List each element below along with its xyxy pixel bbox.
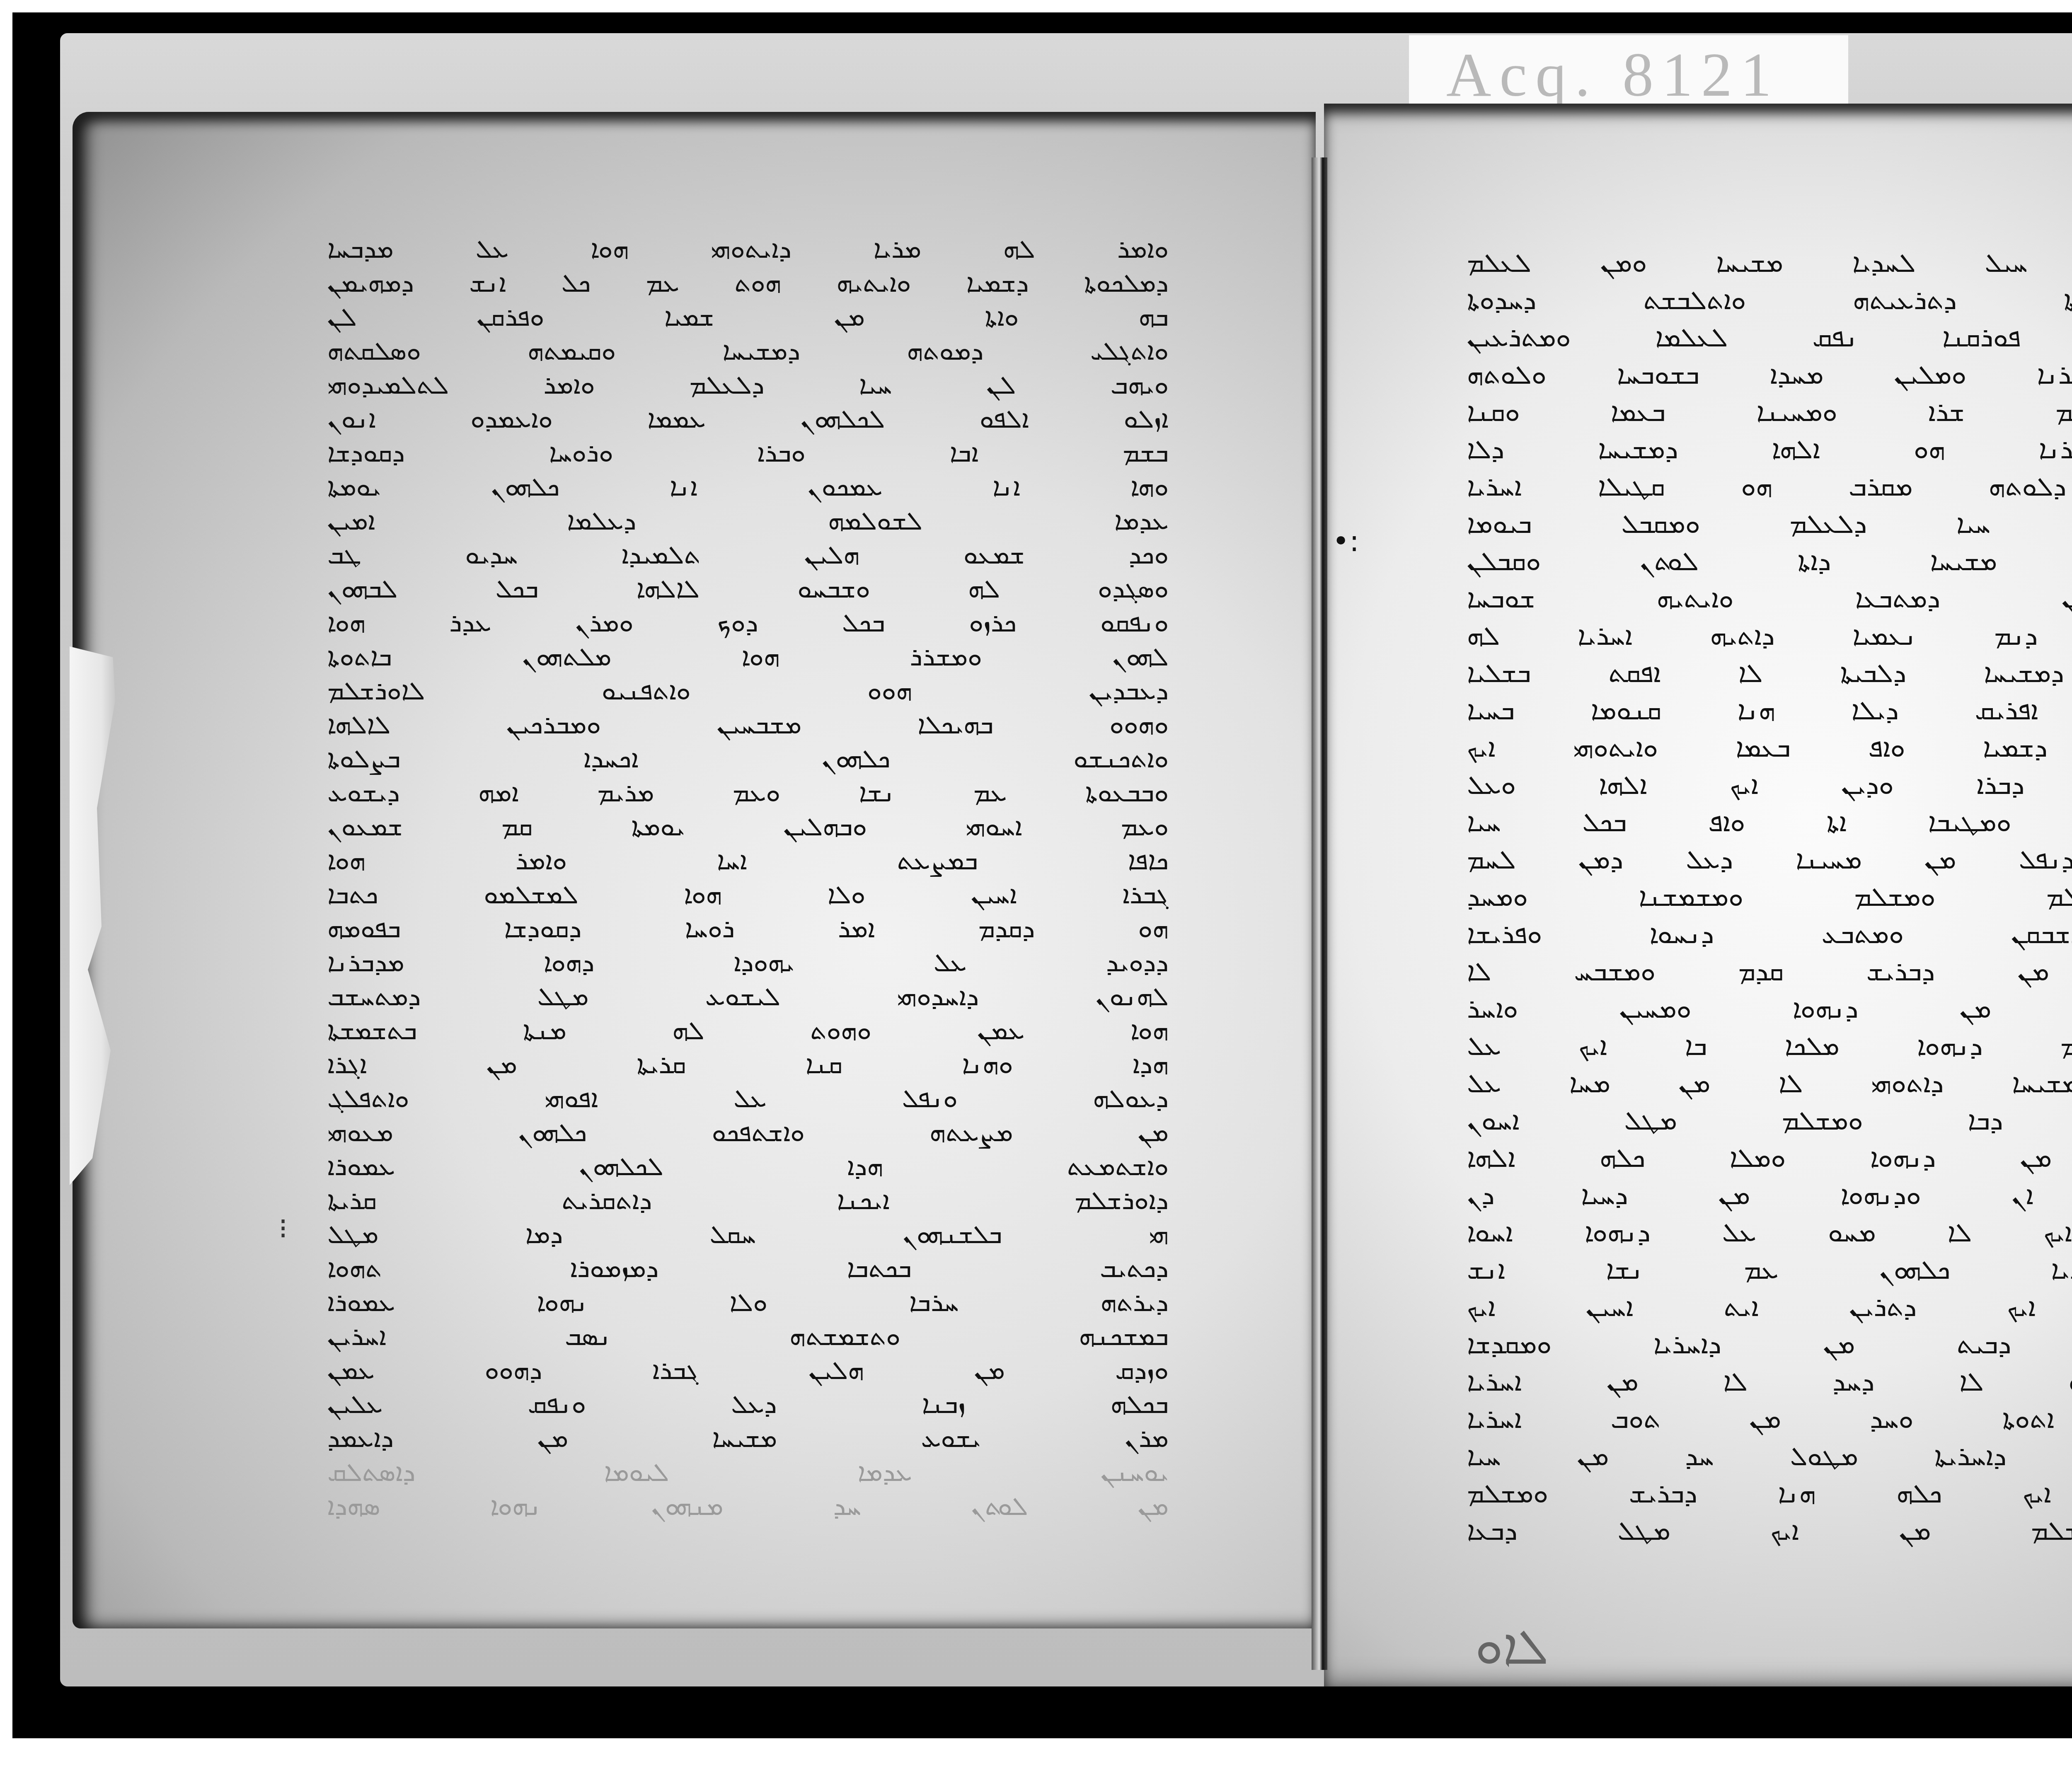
manuscript-line: ܗܕܐ ܘܗܢܐ ܩܢܐ ܩܪܝܬܐ ܡܢ ܐܓܪܐ (327, 1048, 1169, 1081)
manuscript-line: ܫܠܡ ܠܚܕܘܬܐ ܕܬܪܥܝܬܗ ܘܐܬܠܒܫܬ ܕܚܕܘܬܐ (1467, 282, 2072, 319)
manuscript-line: ܠܐ ܐܠܐ ܐܚܪܢܐ ܘܡܠܝܢ ܡܚܕܐ ܒܫܘܒܚܐ ܘܠܘܬܗ (1467, 356, 2072, 394)
manuscript-line: ܘܐܬܓܠܝ ܕܡܘܬܗ ܕܡܫܝܚܐ ܘܩܝܡܬܗ ܘܣܠܩܬܗ (327, 334, 1169, 368)
manuscript-line: ܘܐܬܟܢܫܘ ܟܠܗܘܢ ܐܟܚܕܐ ܒܨܠܘܬܐ (327, 742, 1169, 776)
manuscript-line: ܘܐܢܫܐ ܕܢܫܠܡ ܘܡܫܠܡ ܘܡܫܡܫܢܐ ܘܡܚܕ (1467, 878, 2072, 916)
manuscript-line: ܕܡܠܟܘܬܐ ܕܫܡܝܐ ܘܐܝܬܝܗ ܗܘܬ ܥܡ ܟܠ ܐܢܫ ܕܡܗܝܡ… (327, 266, 1169, 300)
manuscript-line: ܠܐ ܢܗܘܐ ܡܢ ܕܒܪܝܫ ܩܕܡ ܘܡܫܒܚ ܠܐ (1467, 953, 2072, 990)
manuscript-line: ܥܠ ܡܫܝܚܐ ܐܦܪܝܩ ܕܝܠܐ ܗܢܐ ܩܢܘܡܐ ܒܚܝܐ (1467, 692, 2072, 729)
manuscript-line: ܓܒܪܐ ܐܚܝܢ ܘܠܐ ܗܘܐ ܠܡܫܠܡܘ ܟܬܒܐ (327, 878, 1169, 912)
manuscript-line: ܠܐ ܐܚܪܝܐ ܐܝܟ ܟܠܗ ܗܢܐ ܕܒܪܝܫ ܘܡܫܠܡ (1467, 1475, 2072, 1512)
manuscript-line: ܘܟܢܫ ܠܡܢ ܕܡܬܒܥܐ ܘܐܝܬܝܗ ܫܘܒܚܐ (1467, 580, 2072, 617)
three-dot-margin-mark: ⁝ (278, 1222, 288, 1235)
manuscript-line: ܠܗܢܘܢ ܕܐܚܕܘܗܝ ܠܝܫܘܥ ܡܛܠ ܕܡܬܚܫܒ (327, 980, 1169, 1014)
manuscript-line: ܐܝܬ ܐܢܫ ܕܠܘܬܗ ܡܩܪܒ ܗܘ ܩܛܝܠܐ ܐܚܪܝܐ (1467, 468, 2072, 506)
manuscript-line: ܕܥܒܕܝܢ ܗܘܘ ܘܐܬܦܢܝܘ ܠܐܘܪܫܠܡ (327, 674, 1169, 708)
manuscript-line: ܘܒܒܥܘܬܐ ܥܡ ܢܫܐ ܘܥܡ ܡܪܝܡ ܐܡܗ ܕܝܫܘܥ (327, 776, 1169, 810)
manuscript-line: ܘܝܗܒ ܠܢ ܚܝܐ ܕܠܥܠܡ ܘܐܡܪ ܠܬܠܡܝܕܘܗܝ (327, 368, 1169, 402)
left-page-text: ܘܐܡܪ ܠܗ ܡܪܝܐ ܕܐܝܬܘܗܝ ܗܘܐ ܥܠ ܡܕܒܚܐܕܡܠܟܘܬܐ… (327, 232, 1169, 1523)
manuscript-line: ܐܙܠܘ ܐܠܦܘ ܠܟܠܗܘܢ ܥܡܡܐ ܘܐܥܡܕܘ ܐܢܘܢ (327, 402, 1169, 436)
manuscript-line: ܘܡܚܪ ܕܐܠܗܐ ܚܝܐ ܕܠܥܠܡ ܘܡܩܒܠ ܒܝܘܡܐ (1467, 506, 2072, 543)
manuscript-line: ܘܗܘܘ ܒܗܝܟܠܐ ܡܫܒܚܝܢ ܘܡܒܪܟܝܢ ܠܐܠܗܐ (327, 708, 1169, 742)
manuscript-line: ܘܡܢܗ ܕܝܢ ܦܘܪܩܢܐ ܢܦܩ ܠܥܠܡܐ ܘܡܬܪܥܝܢ (1467, 319, 2072, 356)
manuscript-line: ܘܐܡܪ ܠܗ ܡܪܝܐ ܕܐܝܬܘܗܝ ܗܘܐ ܥܠ ܡܕܒܚܐ (327, 232, 1169, 266)
manuscript-line: ܘܢܫܠܡ ܕܝܠܗ ܕܐܚܪܝܬܐ ܡܛܘܠ ܚܕ ܡܢ ܚܝܐ (1467, 1438, 2072, 1475)
manuscript-line: ܘܐܝܬܘܗܝ ܐܚܪܝܐ ܟܠܗܘܢ ܥܡ ܢܫܐ ܐܢܫ (1467, 1251, 2072, 1289)
manuscript-line: ܕܟܬܝܒ ܒܟܬܒܐ ܕܡܙܡܘܪܐ ܬܗܘܐ (327, 1251, 1169, 1285)
manuscript-line: ܡܢ ܕܒܪܝܫܝܬ ܚܝܠ ܠܚܕܝܐ ܡܫܝܚܐ ܘܡܢ ܠܥܠܡ (1467, 244, 2072, 282)
manuscript-line: ܕܕܘܝܕ ܥܠ ܝܗܘܕܐ ܕܗܘܐ ܡܕܒܪܢܐ (327, 946, 1169, 980)
manuscript-line: ܟܕ ܢܗܘܐ ܕܒܐ ܘܡܫܠܡ ܡܛܠ ܐܚܘܢ (1467, 1102, 2072, 1140)
manuscript-line: ܕܝܪܬܗ ܚܪܒܐ ܘܠܐ ܢܗܘܐ ܥܡܘܪܐ (327, 1285, 1169, 1319)
manuscript-line: ܘܥܡ ܐܚܘܗܝ ܘܒܗܠܝܢ ܝܘܡܬܐ ܩܡ ܫܡܥܘܢ (327, 810, 1169, 844)
manuscript-line: ܒܟܠܗ ܙܒܢܐ ܕܥܠ ܘܢܦܩ ܥܠܝܢ (327, 1387, 1169, 1421)
manuscript-line: ܐܝܟ ܕܥܡ ܡܫܝܚܐ ܕܐܬܘܗܝ ܠܐ ܡܢ ܡܚܐ ܥܠ (1467, 1065, 2072, 1102)
manuscript-line: ܗܝ ܒܠܫܢܗܘܢ ܚܩܠ ܕܡܐ ܡܛܠ (327, 1217, 1169, 1251)
right-page-margin-dots: •: (1332, 524, 1359, 558)
manuscript-line: ܕܐܘܪܫܠܡ ܐܝܟܢܐ ܕܐܬܩܪܝܬ ܩܪܝܬܐ (327, 1183, 1169, 1217)
manuscript-line: ܒܡܫܟܢܗ ܘܬܫܡܫܬܗ ܢܣܒ ܐܚܪܝܢ (327, 1319, 1169, 1353)
manuscript-line: ܕܒܟܠ ܓܒܪ ܡܢ ܕܢܗܘܐ ܘܡܚܝܢ ܘܐܚܪ (1467, 990, 2072, 1028)
manuscript-line: ܘܗܐ ܐܢܐ ܥܡܟܘܢ ܐܢܐ ܟܠܗܘܢ ܝܘܡܬܐ (327, 470, 1169, 504)
manuscript-line: ܒܫܡ ܐܒܐ ܘܒܪܐ ܘܪܘܚܐ ܕܩܘܕܫܐ (327, 436, 1169, 470)
manuscript-line: ܕܥܘܠܗ ܘܢܦܠ ܥܠ ܐܦܘܗܝ ܘܐܬܦܠܓ (327, 1081, 1169, 1115)
manuscript-line: ܘܟܕ ܫܡܥܘ ܗܠܝܢ ܬܠܡܝܕܐ ܚܕܝܘ ܛܒ (327, 538, 1169, 572)
manuscript-line: ܡܢ ܡܨܥܬܗ ܘܐܫܬܦܟܘ ܟܠܗܘܢ ܡܥܘܗܝ (327, 1115, 1169, 1149)
manuscript-line: ܡܢ ܡܩܕܫܐ ܕܒܪܐ ܘܕܝܢ ܐܝܟ ܐܠܗܐ ܘܥܠ (1467, 767, 2072, 804)
manuscript-line: ܘܐܬܐ ܠܡܫܠܡ ܘܡܛܝܒܐ ܐܬܐ ܘܐܦ ܒܟܠ ܚܝܐ (1467, 804, 2072, 841)
manuscript-line: ܗܘ ܕܩܕܡ ܐܡܪ ܪܘܚܐ ܕܩܘܕܫܐ ܒܦܘܡܗ (327, 912, 1169, 946)
manuscript-line: ܘܡܢ ܟܠ ܕܒܝܬ ܡܢ ܕܐܚܪܝܐ ܘܡܩܕܫܐ (1467, 1326, 2072, 1363)
manuscript-line: ܠܗܘܢ ܘܡܫܪܪ ܗܘܐ ܡܠܬܗܘܢ ܒܐܬܘܬܐ (327, 640, 1169, 674)
manuscript-line: ܘܡܩܒܠܝܢ ܕܢܡ ܫܪܐ ܘܡܚܝܢܐ ܒܥܡܐ ܘܩܢܐ (1467, 394, 2072, 431)
manuscript-line: ܡܢ ܠܘܬܢ ܚܕ ܡܢܗܘܢ ܢܗܘܐ ܣܗܕܐ (327, 1489, 1169, 1523)
bottom-pencil-annotation: ܠܐܘ (1475, 1618, 1549, 1676)
manuscript-line: ܟܠ ܐܝܢܐ ܡܢ ܕܢܗܘܐ ܘܡܠܐ ܟܠܗ ܐܠܗܐ (1467, 1140, 2072, 1177)
manuscript-line: ܘܐܫܬܡܥܬ ܗܕܐ ܠܟܠܗܘܢ ܥܡܘܪܐ (327, 1149, 1169, 1183)
manuscript-line: ܘܡܚܝܢܐ ܕܡܫܠܡ ܡܢ ܐܝܟ ܡܛܠ ܕܒܥܐ (1467, 1512, 2072, 1550)
manuscript-line: ܗܘܐ ܥܡܢ ܘܗܘܬ ܠܗ ܡܢܬܐ ܒܬܫܡܫܬܐ (327, 1014, 1169, 1048)
manuscript-line: ܠܐܝܟܘ ܕܐܝܬܝܗ ܠܐ ܕܚܕ ܠܐ ܡܢ ܐܚܪܝܐ (1467, 1363, 2072, 1401)
right-page-text: ܡܢ ܕܒܪܝܫܝܬ ܚܝܠ ܠܚܕܝܐ ܡܫܝܚܐ ܘܡܢ ܠܥܠܡܫܠܡ ܠ… (1467, 244, 2072, 1550)
manuscript-line: ܘܡܚܕ ܕܝܢ ܕܢܡ ܢܥܡܝܐ ܕܐܬܝܗ ܐܚܪܝܐ ܠܗ (1467, 617, 2072, 655)
manuscript-line: ܘܥܠ ܐܝܟ ܐܢ ܘܕܢܗܘܐ ܡܢ ܕܚܝܐ ܕܢ (1467, 1177, 2072, 1214)
manuscript-line: ܘܢܦܩܘ ܟܪܙܘ ܒܟܠ ܕܘܟ ܘܡܪܢ ܥܕܪ ܗܘܐ (327, 606, 1169, 640)
manuscript-line: ܡܚܐ ܗܘ ܕܡܫܝܚܐ ܕܠܒܝܬܐ ܠܐ ܐܦܩܬ ܒܫܠܝܐ (1467, 655, 2072, 692)
manuscript-line: ܐܝܟ ܐܚܐ ܐܬܘܬܐ ܘܚܕ ܡܢ ܬܘܒ ܐܚܪܝܐ (1467, 1401, 2072, 1438)
manuscript-line: ܘܟܢܫܬܐ ܠܡܫܠܡ ܕܢܗܘܐ ܡܠܟܐ ܒܐ ܐܝܟ ܥܠ (1467, 1028, 2072, 1065)
manuscript-line: ܝܘܚܢܢ ܥܕܡܐ ܠܝܘܡܐ ܕܐܣܬܠܩ (327, 1455, 1169, 1489)
manuscript-line: ܡܢ ܕܟܠ ܐܝܟ ܕܬܪܝܢ ܐܝܬ ܐܚܝܢ ܐܝܟ (1467, 1289, 2072, 1326)
accession-label-text: Acq. 8121 (1446, 39, 1780, 111)
manuscript-line: ܟܐܦܐ ܒܡܨܥܬ ܐܚܐ ܘܐܡܪ ܗܘܐ (327, 844, 1169, 878)
manuscript-line: ܘܡܢ ܩܕܡ ܕܢܦܠ ܡܢ ܡܚܝܢܐ ܕܥܠ ܕܡܢ ܠܚܡ (1467, 841, 2072, 878)
manuscript-line: ܫܠܝܚܐ ܘܡܕܒܪܢܐ ܗܘ ܐܠܗܐ ܕܡܫܝܚܐ ܕܠܐ (1467, 431, 2072, 468)
manuscript-line: ܒܗ ܘܐܬܐ ܡܢ ܫܡܝܐ ܘܦܪܩܢ ܠܢ (327, 300, 1169, 334)
manuscript-line: ܘܣܓܕܘ ܠܗ ܘܫܒܚܘ ܠܐܠܗܐ ܒܟܠ ܠܒܗܘܢ (327, 572, 1169, 606)
manuscript-line: ܡܢ ܠܚܡܐ ܕܫܡܝܐ ܘܐܦ ܒܥܡܐ ܘܐܝܬܘܗܝ ܐܝܟ (1467, 729, 2072, 767)
manuscript-line: ܡܪܢ ܝܫܘܥ ܡܫܝܚܐ ܡܢ ܕܐܥܡܕ (327, 1421, 1169, 1455)
manuscript-line: ܫܠܝܚܐ ܗܘ ܡܫܝܚܐ ܕܐܬܐ ܠܘܬܢ ܘܩܒܠܢ (1467, 543, 2072, 580)
manuscript-line: ܥܕܡܐ ܠܫܘܠܡܗ ܕܥܠܡܐ ܐܡܝܢ (327, 504, 1169, 538)
manuscript-line: ܐܝܟ ܥܡ ܕܐܝܟ ܠܐ ܡܚܘ ܥܠ ܕܢܗܘܐ ܐܚܘܐ (1467, 1214, 2072, 1251)
manuscript-line: ܘܡܩܒܠܢܐ ܕܫܒܩܢ ܘܡܬܒܥ ܕܢܚܘܐ ܘܦܪܝܫܐ (1467, 916, 2072, 953)
book-gutter (1312, 157, 1327, 1670)
manuscript-line: ܘܙܕܩ ܡܢ ܗܠܝܢ ܓܒܪܐ ܕܗܘܘ ܥܡܢ (327, 1353, 1169, 1387)
